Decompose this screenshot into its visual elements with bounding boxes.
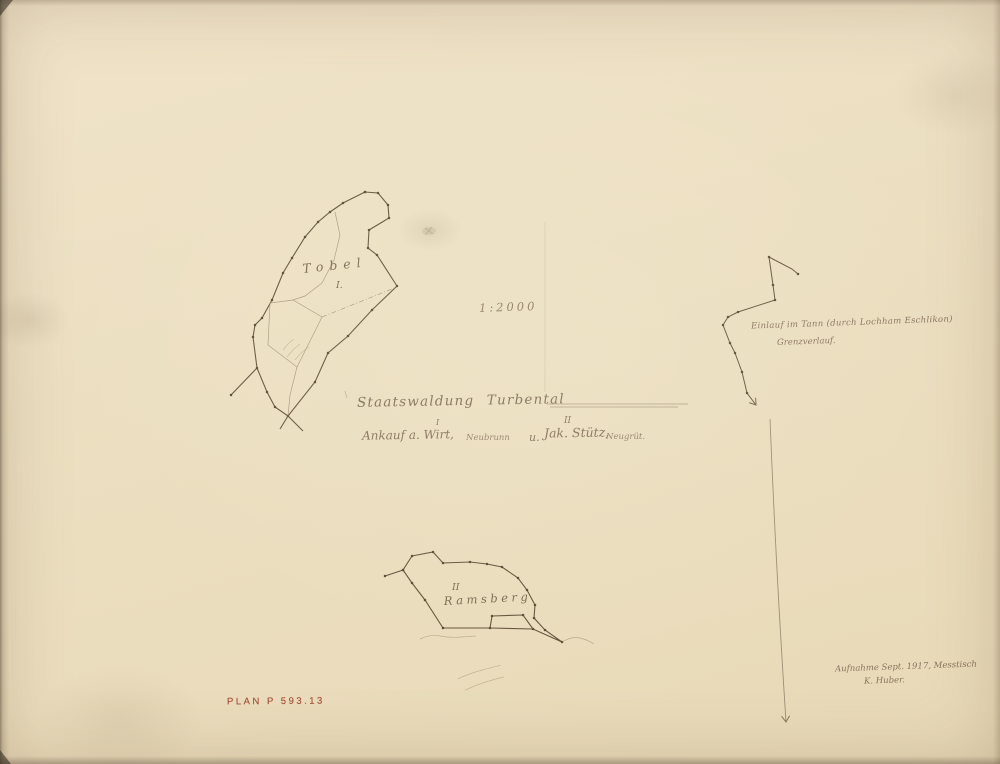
tobel-numeral: I.: [335, 280, 343, 291]
pencil-smudges: [345, 227, 505, 691]
ramsberg-pencil-note: [420, 635, 476, 639]
tobel-dashdot-line: [322, 287, 397, 317]
tobel-spur-west: [231, 368, 257, 395]
acquisition-place-2: Neugrüt.: [606, 433, 645, 442]
scanned-plan-sheet: Tobel I. Ramsberg II 1:2000 Staatswaldun…: [0, 0, 1000, 764]
ramsberg-numeral: II: [451, 582, 460, 593]
map-linework: Tobel I. Ramsberg II: [0, 0, 1000, 764]
tobel-inner-connector: [288, 367, 297, 416]
tobel-outer-boundary: [253, 192, 397, 416]
scale-label: 1:2000: [479, 301, 538, 315]
acquisition-conjunction: u.: [529, 432, 540, 443]
title-rule-lines: [547, 404, 688, 407]
survey-note-line2: K. Huber.: [864, 676, 905, 686]
toess-boundary-branch: [769, 257, 798, 274]
acquisition-numeral-1: I: [436, 419, 439, 427]
tobel-spur-south-a: [280, 416, 288, 429]
tobel-spur-south-b: [288, 416, 303, 431]
acquisition-seller-1: Ankauf a. Wirt,: [362, 428, 454, 442]
toess-boundary-main: [723, 257, 775, 405]
tobel-inner-parcels: [268, 212, 397, 416]
tobel-interior-writing: [283, 339, 309, 360]
plan-number-stamp: PLAN P 593.13: [227, 696, 325, 708]
tobel-label: Tobel: [302, 254, 368, 276]
tobel-inner-quad: [268, 300, 322, 367]
tobel-inner-curve: [293, 212, 340, 300]
ramsberg-east-extension: [562, 638, 594, 645]
direction-arrow: [770, 419, 786, 722]
acquisition-place-1: Neubrunn: [466, 434, 510, 443]
boundary-note-line2: Grenzverlauf.: [777, 337, 836, 348]
ramsberg-inner-notch: [490, 615, 533, 629]
acquisition-seller-2: Jak. Stütz,: [544, 426, 609, 440]
